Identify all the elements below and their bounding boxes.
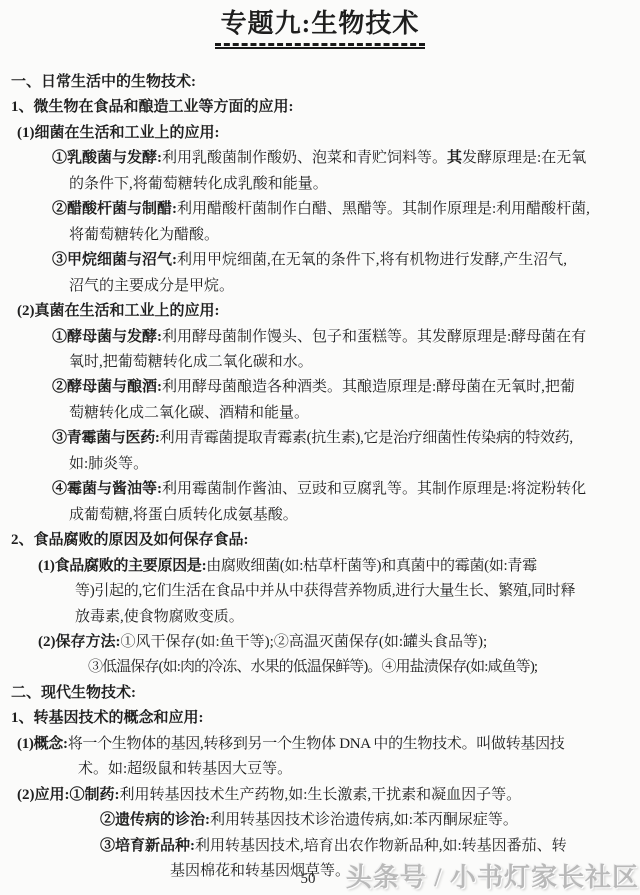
body-text: 萄糖转化成二氧化碳、酒精和能量。	[69, 405, 309, 421]
body-text: 利用乳酸菌制作酸奶、泡菜和青贮饲料等。	[162, 150, 447, 166]
bold-label-text: ①乳酸菌与发酵:	[52, 150, 162, 166]
body-text: 利用酵母菌制作馒头、包子和蛋糕等。其发酵原理是:酵母菌在有	[162, 329, 586, 345]
text-line: (1)食品腐败的主要原因是:由腐败细菌(如:枯草杆菌等)和真菌中的霉菌(如:青霉	[38, 554, 640, 579]
text-line: 二、现代生物技术:	[11, 681, 640, 706]
text-line: ③青霉菌与医药:利用青霉菌提取青霉素(抗生素),它是治疗细菌性传染病的特效药,	[52, 426, 640, 451]
body-text: 利用酵母菌酿造各种酒类。其酿造原理是:酵母菌在无氧时,把葡	[162, 379, 575, 395]
bold-label-text: (2)保存方法:	[38, 634, 121, 650]
body-text: 利用青霉菌提取青霉素(抗生素),它是治疗细菌性传染病的特效药,	[160, 430, 573, 446]
text-line: (1)概念:将一个生物体的基因,转移到另一个生物体 DNA 中的生物技术。叫做转…	[17, 732, 640, 757]
bold-label-text: 2、食品腐败的原因及如何保存食品:	[11, 532, 249, 548]
body-text: 的条件下,将葡萄糖转化成乳酸和能量。	[69, 176, 328, 192]
text-line: (2)真菌在生活和工业上的应用:	[17, 299, 640, 324]
body-text: 将一个生物体的基因,转移到另一个生物体 DNA 中的生物技术。叫做转基因技	[68, 736, 565, 752]
text-line: 1、微生物在食品和酿造工业等方面的应用:	[11, 95, 640, 120]
bold-label-text: ③培育新品种:	[100, 838, 195, 854]
bold-label-text: 二、现代生物技术:	[11, 685, 136, 701]
body-text: 发酵原理是:在无氧	[462, 150, 586, 166]
text-line: 萄糖转化成二氧化碳、酒精和能量。	[69, 401, 640, 426]
body-text: ①风干保存(如:鱼干等);②高温灭菌保存(如:罐头食品等);	[121, 634, 488, 650]
text-line: 将葡萄糖转化为醋酸。	[69, 223, 640, 248]
text-line: ③培育新品种:利用转基因技术,培育出农作物新品种,如:转基因番茄、转	[100, 834, 640, 859]
text-line: 沼气的主要成分是甲烷。	[69, 274, 640, 299]
bold-label-text: 1、微生物在食品和酿造工业等方面的应用:	[11, 99, 294, 115]
bold-label-text: ③甲烷细菌与沼气:	[52, 252, 177, 268]
text-line: ①酵母菌与发酵:利用酵母菌制作馒头、包子和蛋糕等。其发酵原理是:酵母菌在有	[52, 325, 640, 350]
bold-label-text: ②醋酸杆菌与制醋:	[52, 201, 177, 217]
text-line: ③低温保存(如:肉的冷冻、水果的低温保鲜等)。④用盐渍保存(如:咸鱼等);	[88, 655, 640, 680]
text-line: (2)保存方法:①风干保存(如:鱼干等);②高温灭菌保存(如:罐头食品等);	[38, 630, 640, 655]
text-line: 如:肺炎等。	[69, 452, 640, 477]
title-underline: 专题九:生物技术	[215, 3, 426, 49]
text-line: 等)引起的,它们生活在食品中并从中获得营养物质,进行大量生长、繁殖,同时释	[75, 579, 640, 604]
title-block: 专题九:生物技术	[0, 0, 640, 49]
bold-label-text: 其	[447, 150, 462, 166]
body-text: 利用转基因技术,培育出农作物新品种,如:转基因番茄、转	[195, 838, 567, 854]
bold-label-text: (1)食品腐败的主要原因是:	[38, 558, 206, 574]
bold-label-text: ②遗传病的诊治:	[100, 812, 210, 828]
body-text: 成葡萄糖,将蛋白质转化成氨基酸。	[69, 507, 298, 523]
text-line: 术。如:超级鼠和转基因大豆等。	[78, 757, 640, 782]
text-line: 成葡萄糖,将蛋白质转化成氨基酸。	[69, 503, 640, 528]
document-page: 专题九:生物技术 一、日常生活中的生物技术:1、微生物在食品和酿造工业等方面的应…	[0, 0, 640, 895]
bold-label-text: ③青霉菌与医药:	[52, 430, 160, 446]
body-text: 利用转基因技术诊治遗传病,如:苯丙酮尿症等。	[210, 812, 518, 828]
bold-label-text: ④霉菌与酱油等:	[52, 481, 162, 497]
body-text: 利用甲烷细菌,在无氧的条件下,将有机物进行发酵,产生沼气,	[177, 252, 567, 268]
body-text: 等)引起的,它们生活在食品中并从中获得营养物质,进行大量生长、繁殖,同时释	[75, 583, 575, 599]
bold-label-text: 1、转基因技术的概念和应用:	[11, 710, 204, 726]
body-text: 利用霉菌制作酱油、豆豉和豆腐乳等。其制作原理是:将淀粉转化	[162, 481, 586, 497]
bold-label-text: ①制药:	[70, 787, 120, 803]
document-body: 一、日常生活中的生物技术:1、微生物在食品和酿造工业等方面的应用:(1)细菌在生…	[0, 70, 640, 885]
body-text: 利用转基因技术生产药物,如:生长激素,干扰素和凝血因子等。	[120, 787, 522, 803]
bold-label-text: (2)真菌在生活和工业上的应用:	[17, 303, 220, 319]
text-line: 一、日常生活中的生物技术:	[11, 70, 640, 95]
bold-label-text: (2)应用:	[17, 787, 70, 803]
body-text: 利用醋酸杆菌制作白醋、黑醋等。其制作原理是:利用醋酸杆菌,	[177, 201, 590, 217]
text-line: ④霉菌与酱油等:利用霉菌制作酱油、豆豉和豆腐乳等。其制作原理是:将淀粉转化	[52, 477, 640, 502]
text-line: ②遗传病的诊治:利用转基因技术诊治遗传病,如:苯丙酮尿症等。	[100, 808, 640, 833]
bold-label-text: ①酵母菌与发酵:	[52, 329, 162, 345]
text-line: ③甲烷细菌与沼气:利用甲烷细菌,在无氧的条件下,将有机物进行发酵,产生沼气,	[52, 248, 640, 273]
text-line: 2、食品腐败的原因及如何保存食品:	[11, 528, 640, 553]
body-text: 放毒素,使食物腐败变质。	[75, 609, 244, 625]
bold-label-text: (1)细菌在生活和工业上的应用:	[17, 125, 220, 141]
text-line: ②酵母菌与酿酒:利用酵母菌酿造各种酒类。其酿造原理是:酵母菌在无氧时,把葡	[52, 375, 640, 400]
body-text: 氧时,把葡萄糖转化成二氧化碳和水。	[69, 354, 313, 370]
text-line: ②醋酸杆菌与制醋:利用醋酸杆菌制作白醋、黑醋等。其制作原理是:利用醋酸杆菌,	[52, 197, 640, 222]
body-text: 术。如:超级鼠和转基因大豆等。	[78, 761, 292, 777]
body-text: 将葡萄糖转化为醋酸。	[69, 227, 219, 243]
text-line: (1)细菌在生活和工业上的应用:	[17, 121, 640, 146]
text-line: ①乳酸菌与发酵:利用乳酸菌制作酸奶、泡菜和青贮饲料等。其发酵原理是:在无氧	[52, 146, 640, 171]
body-text: 由腐败细菌(如:枯草杆菌等)和真菌中的霉菌(如:青霉	[206, 558, 537, 574]
bold-label-text: 一、日常生活中的生物技术:	[11, 74, 196, 90]
text-line: 放毒素,使食物腐败变质。	[75, 605, 640, 630]
watermark-text: 头条号 / 小书灯家长社区	[346, 857, 639, 894]
page-title: 专题九:生物技术	[215, 3, 426, 46]
text-line: 的条件下,将葡萄糖转化成乳酸和能量。	[69, 172, 640, 197]
body-text: ③低温保存(如:肉的冷冻、水果的低温保鲜等)。④用盐渍保存(如:咸鱼等);	[88, 659, 537, 675]
bold-label-text: (1)概念:	[17, 736, 68, 752]
text-line: 氧时,把葡萄糖转化成二氧化碳和水。	[69, 350, 640, 375]
text-line: 1、转基因技术的概念和应用:	[11, 706, 640, 731]
bold-label-text: ②酵母菌与酿酒:	[52, 379, 162, 395]
body-text: 沼气的主要成分是甲烷。	[69, 278, 234, 294]
text-line: (2)应用:①制药:利用转基因技术生产药物,如:生长激素,干扰素和凝血因子等。	[17, 783, 640, 808]
body-text: 如:肺炎等。	[69, 456, 148, 472]
